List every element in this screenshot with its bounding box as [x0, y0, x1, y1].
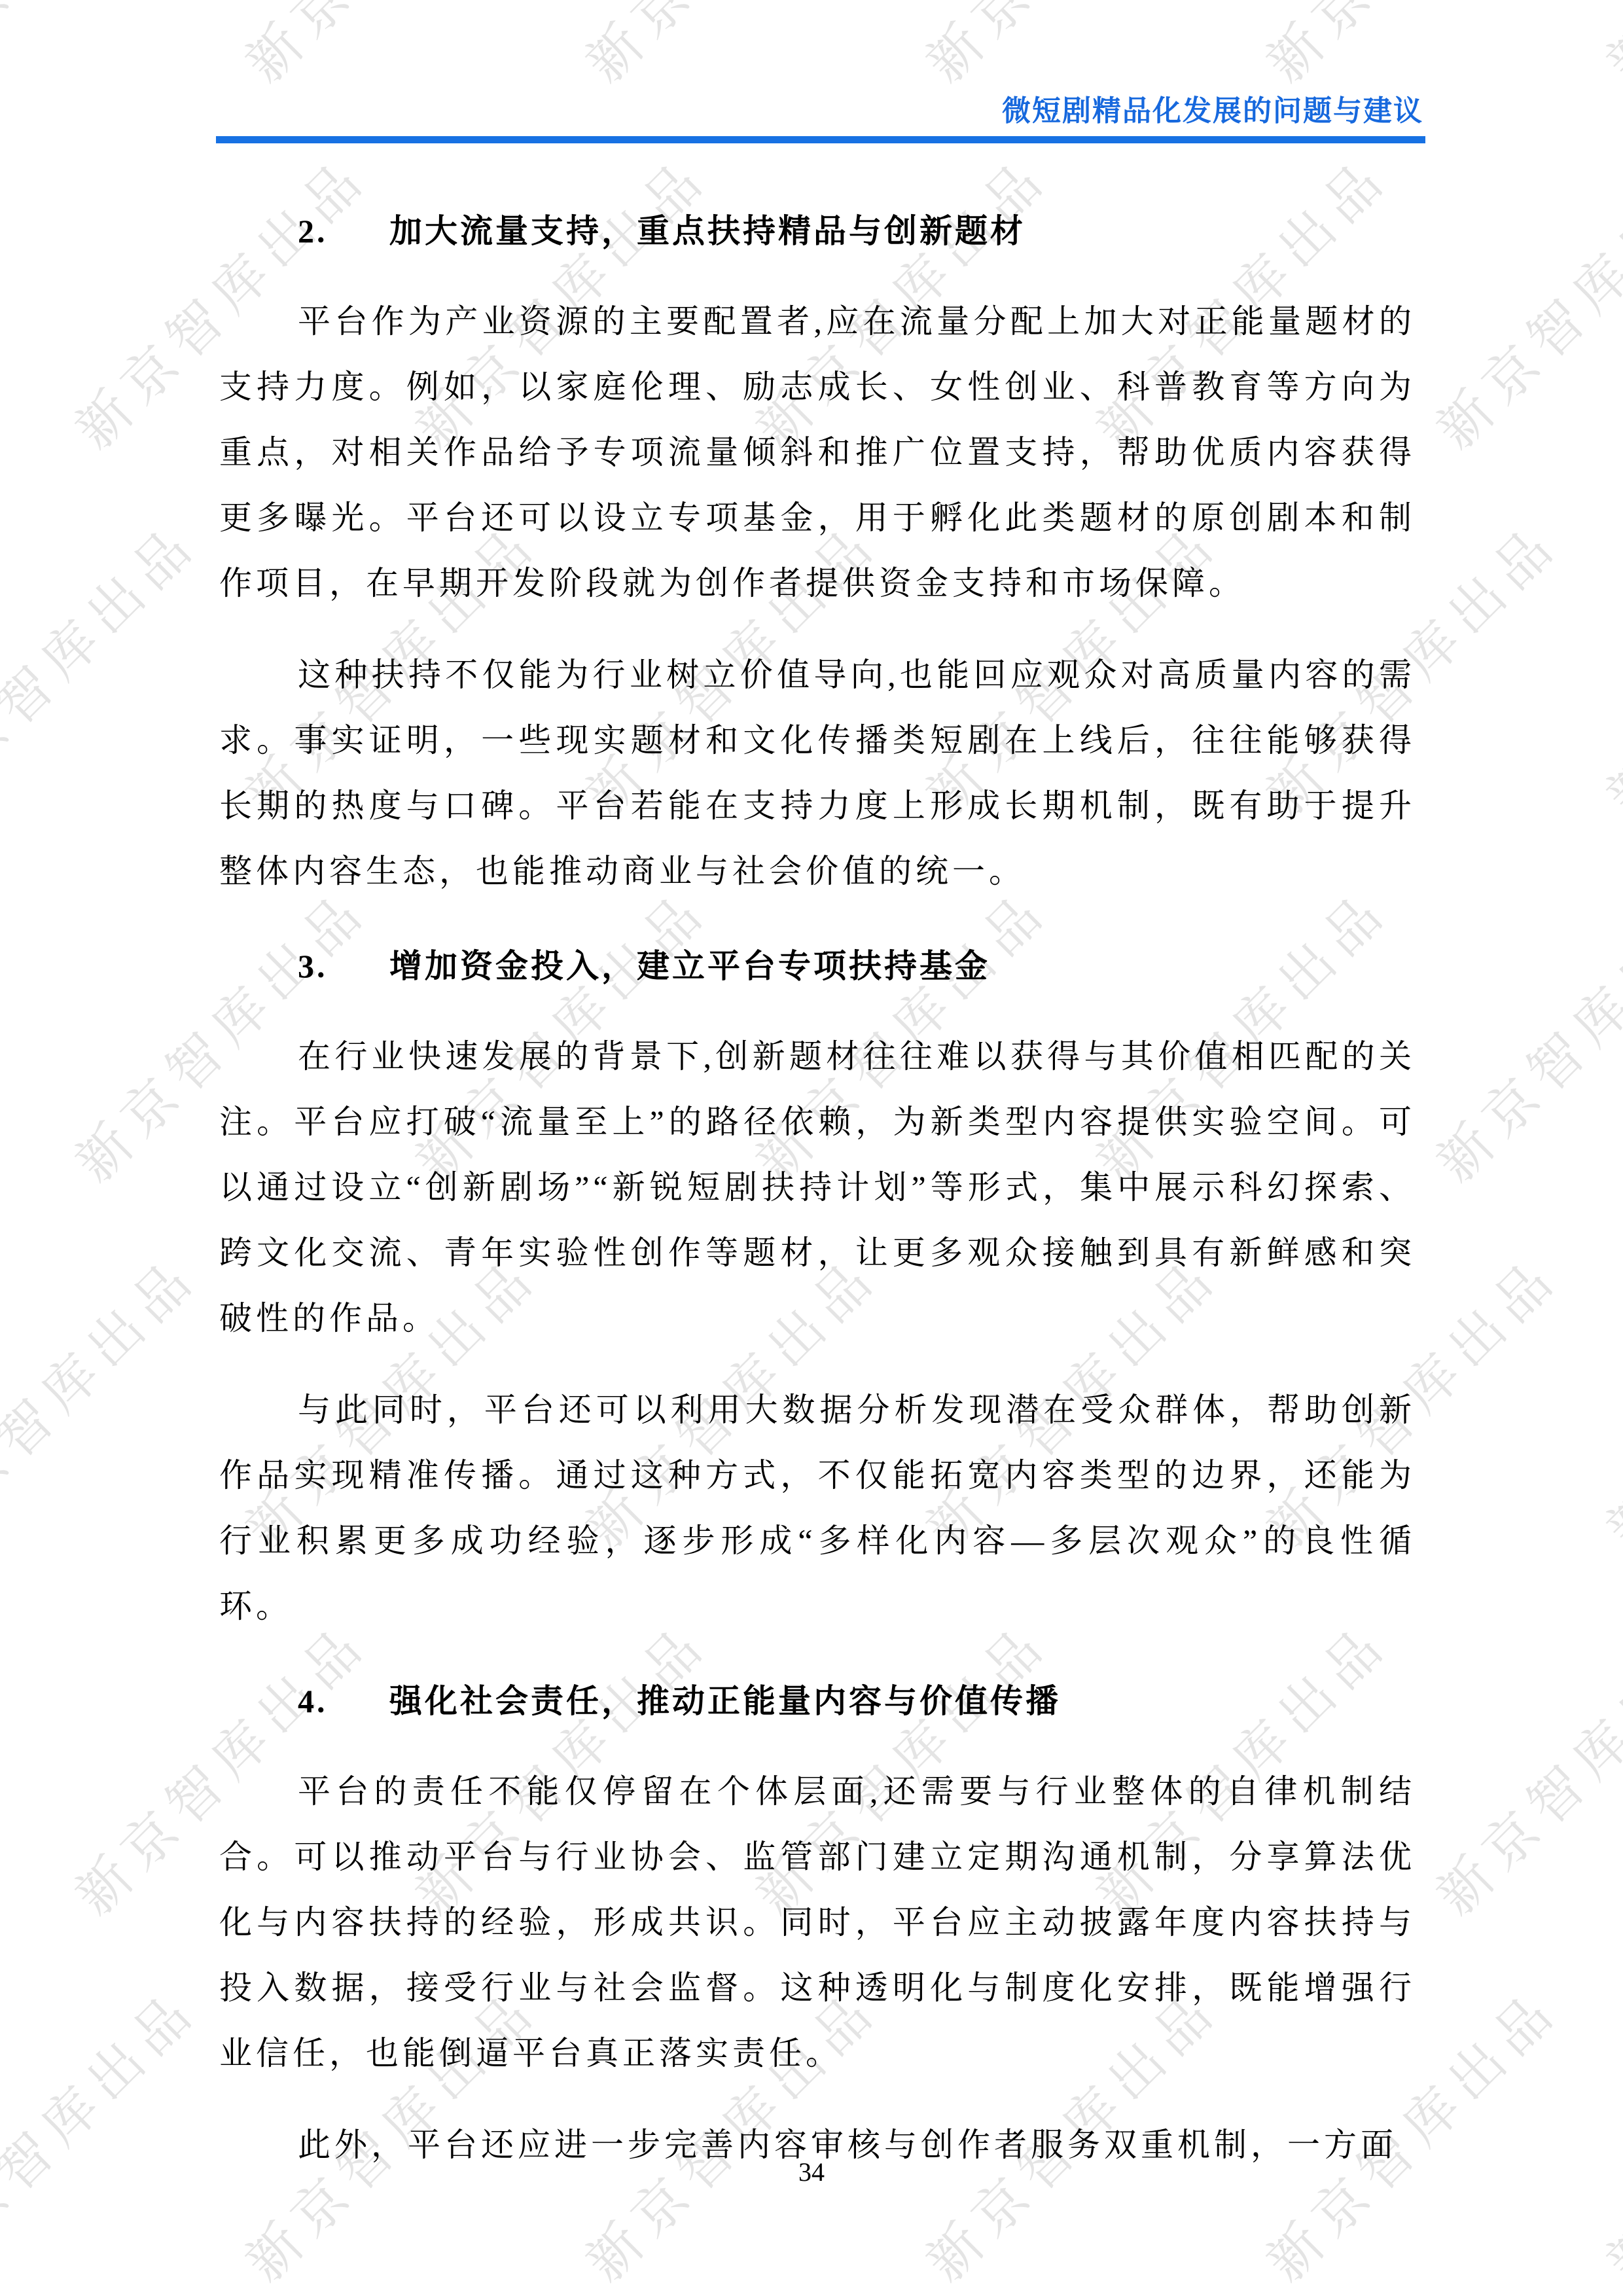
- heading-number: 2.: [298, 211, 389, 251]
- heading-title: 强化社会责任，推动正能量内容与价值传播: [389, 1683, 1061, 1719]
- heading-title: 加大流量支持，重点扶持精品与创新题材: [389, 213, 1026, 249]
- heading-title: 增加资金投入，建立平台专项扶持基金: [389, 948, 990, 984]
- heading-number: 3.: [298, 946, 389, 986]
- watermark-text: 新京智库出品: [1587, 1969, 1623, 2296]
- section-heading-4: 4.强化社会责任，推动正能量内容与价值传播: [219, 1681, 1416, 1721]
- watermark-text: 新京智库出品: [1417, 1603, 1623, 1929]
- watermark-text: 新京智库出品: [1247, 0, 1573, 97]
- watermark-text: 新京智库出品: [1417, 870, 1623, 1196]
- watermark-text: 新京智库出品: [0, 503, 211, 830]
- watermark-text: 新京智库出品: [906, 0, 1233, 97]
- section-heading-2: 2.加大流量支持，重点扶持精品与创新题材: [219, 211, 1416, 251]
- watermark-text: 新京智库出品: [0, 1236, 211, 1563]
- document-page: 新京智库出品新京智库出品新京智库出品新京智库出品新京智库出品新京智库出品新京智库…: [0, 0, 1623, 2296]
- watermark-text: 新京智库出品: [0, 0, 211, 97]
- body-paragraph: 在行业快速发展的背景下,创新题材往往难以获得与其价值相匹配的关注。平台应打破“流…: [219, 1024, 1416, 1351]
- watermark-text: 新京智库出品: [566, 0, 893, 97]
- body-paragraph: 平台的责任不能仅停留在个体层面,还需要与行业整体的自律机制结合。可以推动平台与行…: [219, 1759, 1416, 2086]
- content-area: 2.加大流量支持，重点扶持精品与创新题材 平台作为产业资源的主要配置者,应在流量…: [219, 211, 1416, 2204]
- body-paragraph: 平台作为产业资源的主要配置者,应在流量分配上加大对正能量题材的支持力度。例如，以…: [219, 289, 1416, 616]
- header-rule: [216, 136, 1425, 143]
- body-paragraph: 这种扶持不仅能为行业树立价值导向,也能回应观众对高质量内容的需求。事实证明，一些…: [219, 642, 1416, 904]
- watermark-text: 新京智库出品: [1417, 137, 1623, 463]
- watermark-text: 新京智库出品: [1587, 0, 1623, 97]
- watermark-text: 新京智库出品: [1587, 1236, 1623, 1563]
- section-heading-3: 3.增加资金投入，建立平台专项扶持基金: [219, 946, 1416, 986]
- page-number: 34: [0, 2157, 1623, 2187]
- watermark-text: 新京智库出品: [1587, 503, 1623, 830]
- body-paragraph: 与此同时，平台还可以利用大数据分析发现潜在受众群体，帮助创新作品实现精准传播。通…: [219, 1377, 1416, 1639]
- watermark-text: 新京智库出品: [226, 0, 552, 97]
- watermark-text: 新京智库出品: [0, 1969, 211, 2296]
- page-header-title: 微短剧精品化发展的问题与建议: [1002, 96, 1423, 127]
- heading-number: 4.: [298, 1681, 389, 1721]
